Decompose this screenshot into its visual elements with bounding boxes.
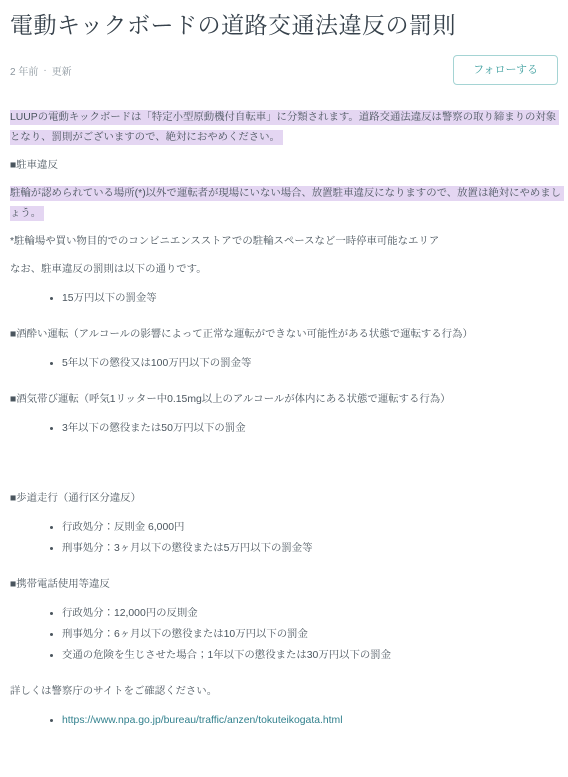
blank-paragraph-spacer bbox=[10, 455, 558, 489]
list-item: 行政処分：12,000円の反則金 bbox=[62, 603, 558, 624]
meta-dot-separator: · bbox=[43, 65, 46, 76]
page-title: 電動キックボードの道路交通法違反の罰則 bbox=[10, 10, 558, 40]
list-item: https://www.npa.go.jp/bureau/traffic/anz… bbox=[62, 710, 558, 731]
dui-penalty-list: 3年以下の懲役または50万円以下の罰金 bbox=[10, 418, 558, 439]
intro-highlight-line: LUUPの電動キックボードは「特定小型原動機付自転車」に分類されます。道路交通法… bbox=[10, 110, 559, 125]
intro-highlight-paragraph: LUUPの電動キックボードは「特定小型原動機付自転車」に分類されます。道路交通法… bbox=[10, 108, 558, 148]
parking-warning-line: ょう。 bbox=[10, 206, 44, 221]
section-heading-mobile-phone: ■携帯電話使用等違反 bbox=[10, 575, 558, 595]
section-heading-drunk-driving: ■酒酔い運転（アルコールの影響によって正常な運転ができない可能性がある状態で運転… bbox=[10, 325, 558, 345]
parking-lead: なお、駐車違反の罰則は以下の通りです。 bbox=[10, 260, 558, 280]
article-meta: 2 年前 · 更新 bbox=[10, 63, 72, 78]
list-item: 交通の危険を生じさせた場合；1年以下の懲役または30万円以下の罰金 bbox=[62, 645, 558, 666]
parking-warning-line: 駐輪が認められている場所(*)以外で運転者が現場にいない場合、放置駐車違反になり… bbox=[10, 186, 564, 201]
article-page: 電動キックボードの道路交通法違反の罰則 2 年前 · 更新 フォローする LUU… bbox=[0, 0, 568, 777]
intro-highlight-line: となり、罰則がございますので、絶対におやめください。 bbox=[10, 130, 283, 145]
drunk-driving-penalty-list: 5年以下の懲役又は100万円以下の罰金等 bbox=[10, 353, 558, 374]
list-item: 5年以下の懲役又は100万円以下の罰金等 bbox=[62, 353, 558, 374]
section-heading-sidewalk: ■歩道走行（通行区分違反） bbox=[10, 489, 558, 509]
mobile-phone-penalty-list: 行政処分：12,000円の反則金 刑事処分：6ヶ月以下の懲役または10万円以下の… bbox=[10, 603, 558, 666]
police-site-link[interactable]: https://www.npa.go.jp/bureau/traffic/anz… bbox=[62, 715, 343, 726]
list-item: 行政処分：反則金 6,000円 bbox=[62, 517, 558, 538]
parking-footnote: *駐輪場や買い物目的でのコンビニエンスストアでの駐輪スペースなど一時停車可能なエ… bbox=[10, 232, 558, 252]
list-item: 刑事処分：3ヶ月以下の懲役または5万円以下の罰金等 bbox=[62, 538, 558, 559]
sidewalk-penalty-list: 行政処分：反則金 6,000円 刑事処分：3ヶ月以下の懲役または5万円以下の罰金… bbox=[10, 517, 558, 559]
section-heading-parking: ■駐車違反 bbox=[10, 156, 558, 176]
outro-paragraph: 詳しくは警察庁のサイトをご確認ください。 bbox=[10, 682, 558, 702]
article-meta-row: 2 年前 · 更新 フォローする bbox=[10, 54, 558, 86]
article-body: LUUPの電動キックボードは「特定小型原動機付自転車」に分類されます。道路交通法… bbox=[10, 108, 558, 731]
section-heading-dui: ■酒気帯び運転（呼気1リッター中0.15mg以上のアルコールが体内にある状態で運… bbox=[10, 390, 558, 410]
link-list: https://www.npa.go.jp/bureau/traffic/anz… bbox=[10, 710, 558, 731]
article-updated-label: 更新 bbox=[52, 63, 72, 78]
list-item: 刑事処分：6ヶ月以下の懲役または10万円以下の罰金 bbox=[62, 624, 558, 645]
list-item: 3年以下の懲役または50万円以下の罰金 bbox=[62, 418, 558, 439]
list-item: 15万円以下の罰金等 bbox=[62, 288, 558, 309]
parking-warning-paragraph: 駐輪が認められている場所(*)以外で運転者が現場にいない場合、放置駐車違反になり… bbox=[10, 184, 558, 224]
article-age: 2 年前 bbox=[10, 63, 38, 78]
follow-button[interactable]: フォローする bbox=[453, 55, 558, 85]
parking-penalty-list: 15万円以下の罰金等 bbox=[10, 288, 558, 309]
